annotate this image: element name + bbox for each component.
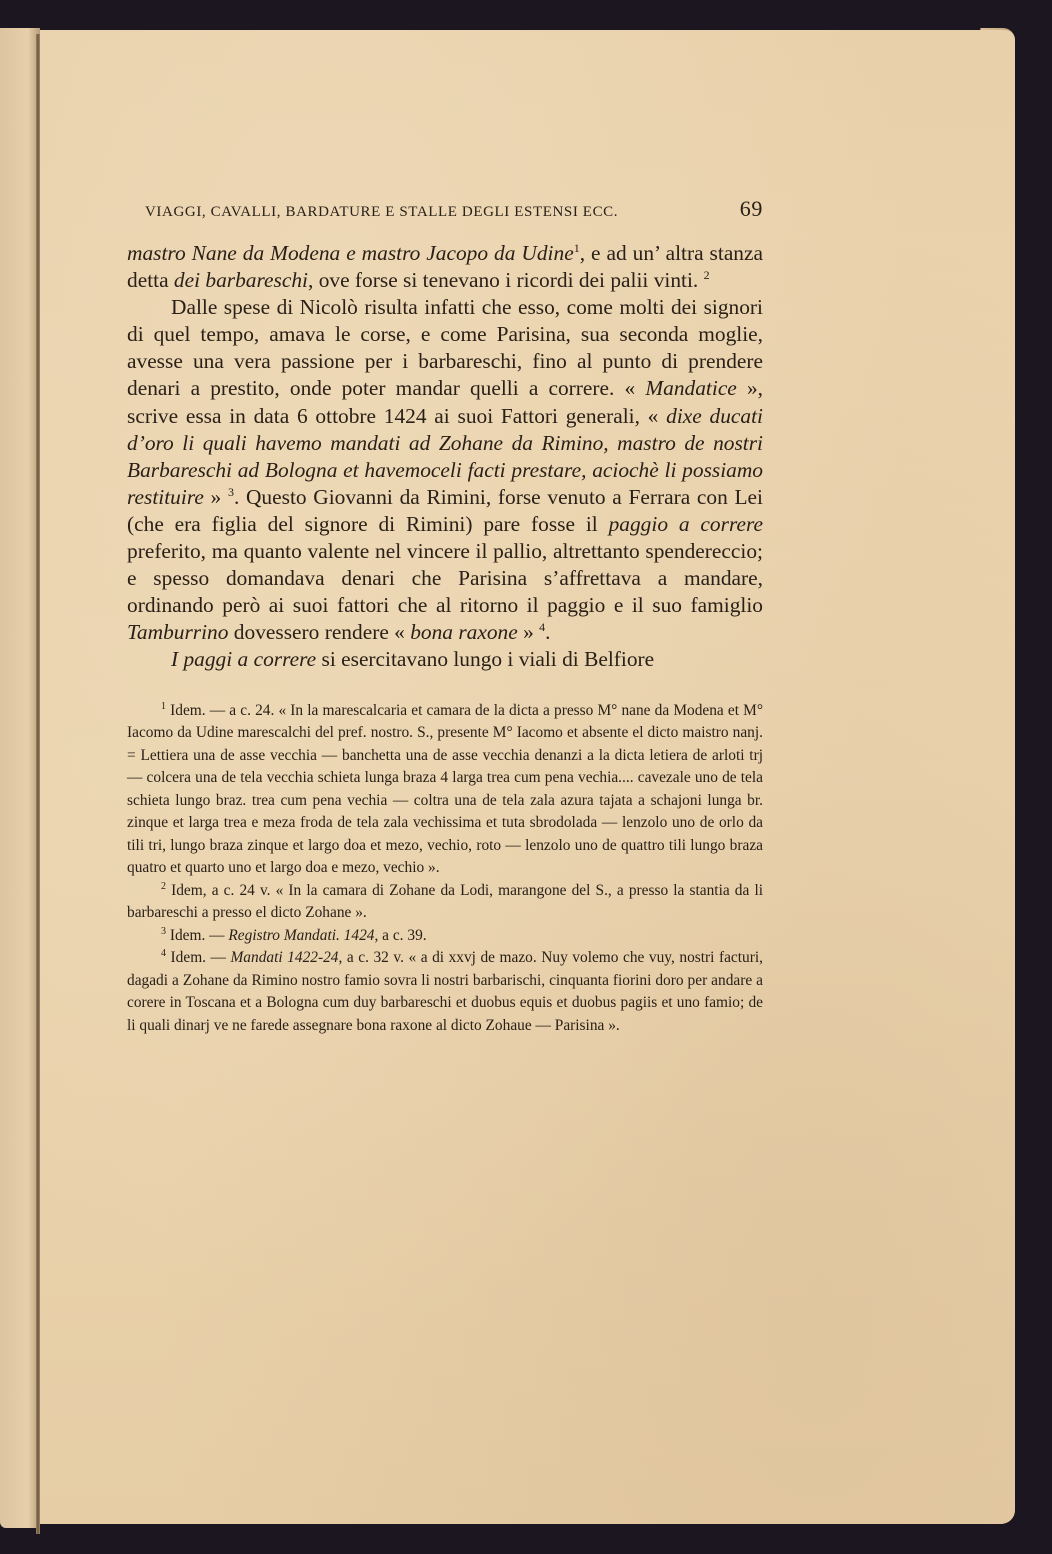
footnote-4: 4 Idem. — Mandati 1422-24, a c. 32 v. « … (127, 947, 763, 1037)
footnote-3: 3 Idem. — Registro Mandati. 1424, a c. 3… (127, 925, 763, 948)
italic-text: dei barbareschi (174, 268, 308, 292)
text: » (204, 485, 221, 509)
paragraph-2: Dalle spese di Nicolò risulta infatti ch… (127, 294, 763, 646)
italic-text: bona raxone (410, 620, 518, 644)
text: . (545, 620, 550, 644)
italic-text: paggio a correre (609, 512, 763, 536)
footnote-text: Idem. — (166, 949, 230, 966)
italic-text: I paggi a correre (171, 647, 316, 671)
footnote-2: 2 Idem, a c. 24 v. « In la camara di Zoh… (127, 880, 763, 925)
text: , ove forse si tenevano i ricordi dei pa… (308, 268, 698, 292)
text: si esercitavano lungo i viali di Belfior… (316, 647, 654, 671)
body-text: mastro Nane da Modena e mastro Jacopo da… (127, 240, 763, 674)
footnote-ref: 2 (704, 268, 710, 282)
footnote-text: Idem, a c. 24 v. « In la camara di Zohan… (127, 882, 763, 922)
italic-text: Mandati 1422-24 (230, 949, 338, 966)
footnote-text: Idem. — (166, 927, 228, 944)
paragraph-3: I paggi a correre si esercitavano lungo … (127, 646, 763, 673)
italic-text: Mandatice (645, 376, 736, 400)
footnote-text: Idem. — a c. 24. « In la marescalcaria e… (127, 702, 763, 877)
running-head: VIAGGI, CAVALLI, BARDATURE E STALLE DEGL… (127, 196, 763, 232)
footnote-text: , a c. 39. (374, 927, 426, 944)
text: dovessero rendere « (228, 620, 410, 644)
italic-text: mastro Nane da Modena e mastro Jacopo da… (127, 241, 574, 265)
running-head-title: VIAGGI, CAVALLI, BARDATURE E STALLE DEGL… (127, 204, 618, 221)
italic-text: Tamburrino (127, 620, 228, 644)
page-number: 69 (740, 196, 763, 222)
facing-page-edge (0, 28, 40, 1528)
text: » (518, 620, 534, 644)
page-content: VIAGGI, CAVALLI, BARDATURE E STALLE DEGL… (127, 196, 763, 1037)
footnote-1: 1 Idem. — a c. 24. « In la marescalcaria… (127, 700, 763, 880)
footnotes: 1 Idem. — a c. 24. « In la marescalcaria… (127, 700, 763, 1038)
italic-text: Registro Mandati. 1424 (228, 927, 374, 944)
paragraph-1: mastro Nane da Modena e mastro Jacopo da… (127, 240, 763, 294)
text: preferito, ma quanto valente nel vincere… (127, 539, 763, 617)
